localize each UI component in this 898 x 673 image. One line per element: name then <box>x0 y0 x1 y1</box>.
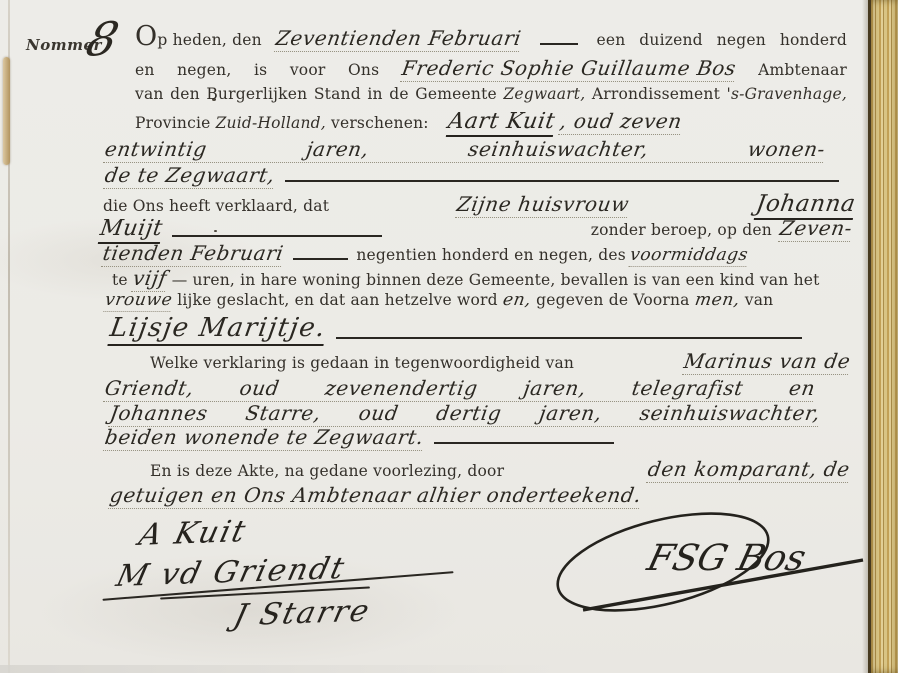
hw-word-correction: en, <box>501 290 532 310</box>
filler-line <box>172 234 382 237</box>
witness-line-2: Griendt, oud zevenendertig jaren, telegr… <box>105 376 840 402</box>
act-number-handwritten: 8 <box>81 11 124 67</box>
hw-declarant-age: , oud zeven <box>558 109 684 135</box>
printed-text: Ambtenaar <box>758 61 847 79</box>
filler-line <box>336 336 802 339</box>
hw-birth-day: Zeven- <box>778 216 854 242</box>
hw-gender: vrouwe <box>103 290 174 312</box>
printed-text: die Ons heeft verklaard, dat <box>103 197 329 215</box>
hw-daypart: voormiddags <box>628 245 749 267</box>
hw-birth-hour: vijf <box>131 266 169 292</box>
hw-birth-date: tienden Februari <box>101 241 285 267</box>
closing-line-1: En is deze Akte, na gedane voorlezing, d… <box>150 457 850 483</box>
printed-text: van den Burgerlijken Stand in de Gemeent… <box>135 85 497 103</box>
printed-text: lijke geslacht, en dat aan hetzelve word <box>177 291 497 309</box>
birth-certificate-scan: { "certificate": { "number_label": "Nomm… <box>0 0 898 673</box>
printed-text: Welke verklaring is gedaan in tegenwoord… <box>150 354 574 372</box>
printed-province: Zuid-Holland, <box>216 114 326 132</box>
hw-residence: de te Zegwaart, <box>103 163 277 189</box>
filler-line <box>434 441 614 444</box>
filler-line <box>540 40 578 45</box>
hw-child-names: Lijsje Marijtje. <box>107 313 328 346</box>
hw-mother-surname: Muijt <box>98 216 165 244</box>
witness-line-1: Welke verklaring is gedaan in tegenwoord… <box>150 349 850 375</box>
printed-text: En is deze Akte, na gedane voorlezing, d… <box>150 462 504 480</box>
printed-text: gegeven de Voorna <box>536 291 690 309</box>
hw-wife: Zijne huisvrouw <box>454 192 630 218</box>
hw-date: Zeventienden Februari <box>274 26 523 52</box>
printed-text: verschenen: <box>331 114 429 132</box>
opening-line-1: Op heden, den Zeventienden Februari een … <box>135 26 847 52</box>
filler-line <box>285 179 839 182</box>
printed-text: en negen, is voor Ons <box>135 61 379 79</box>
hw-occupation-residence: entwintig jaren, seinhuiswachter, wonen- <box>103 137 827 163</box>
hw-witness1-details: Griendt, oud zevenendertig jaren, telegr… <box>103 376 817 402</box>
printed-text: van <box>745 291 774 309</box>
declaration-line-4: te vijf — uren, in hare woning binnen de… <box>112 266 857 292</box>
printed-text: negentien honderd en negen, des <box>356 246 626 264</box>
printed-district: 's-Gravenhage, <box>727 85 847 103</box>
registrar-signature-text: FSG Bos <box>642 537 810 579</box>
printed-municipality: Zegwaart, <box>503 85 585 103</box>
hw-witness1-firstname: Marinus van de <box>682 349 852 375</box>
child-names-line: Lijsje Marijtje. <box>110 313 810 346</box>
binding-thread-sliver <box>3 57 10 165</box>
declaration-line-5: vrouwe lijke geslacht, en dat aan hetzel… <box>105 290 857 312</box>
registrar-signature: FSG Bos <box>545 500 877 620</box>
signature-witness2: J Starre <box>230 594 374 634</box>
witness-line-4: beiden wonende te Zegwaart. <box>105 425 805 451</box>
hw-namen-correction: men, <box>693 290 741 310</box>
declaration-line-2: Muijt zonder beroep, op den Zeven- <box>100 216 852 244</box>
declaration-line-3: tienden Februari negentien honderd en ne… <box>103 241 855 267</box>
signature-witness1: M vd Griendt <box>113 551 349 594</box>
printed-text: Provincie <box>135 114 210 132</box>
printed-text: — uren, in hare woning binnen deze Gemee… <box>172 271 820 289</box>
printed-text: Arrondissement <box>592 85 720 103</box>
opening-line-6: de te Zegwaart, <box>105 163 847 189</box>
hw-registrar-name: Frederic Sophie Guillaume Bos <box>400 56 738 82</box>
witness-line-3: Johannes Starre, oud dertig jaren, seinh… <box>110 401 845 427</box>
printed-text: een duizend negen honderd <box>596 31 847 49</box>
hw-declarant-name: Aart Kuit <box>446 109 557 137</box>
opening-line-4: Provincie Zuid-Holland, verschenen: Aart… <box>135 109 847 137</box>
bottom-page-edge <box>0 665 560 673</box>
printed-text: te <box>112 271 128 289</box>
hw-closing-1: den komparant, de <box>646 457 852 483</box>
opening-line-2: en negen, is voor Ons Frederic Sophie Gu… <box>135 56 847 82</box>
opening-line-3: van den Burgerlijken Stand in de Gemeent… <box>135 84 847 103</box>
printed-text: zonder beroep, op den <box>591 221 772 239</box>
printed-text: Op heden, den <box>135 31 262 49</box>
signature-declarant: A Kuit <box>135 514 250 553</box>
opening-line-5: entwintig jaren, seinhuiswachter, wonen- <box>105 137 847 163</box>
filler-line <box>293 257 348 260</box>
hw-witness2-details: Johannes Starre, oud dertig jaren, seinh… <box>108 401 822 427</box>
hw-witnesses-residence: beiden wonende te Zegwaart. <box>103 425 426 451</box>
